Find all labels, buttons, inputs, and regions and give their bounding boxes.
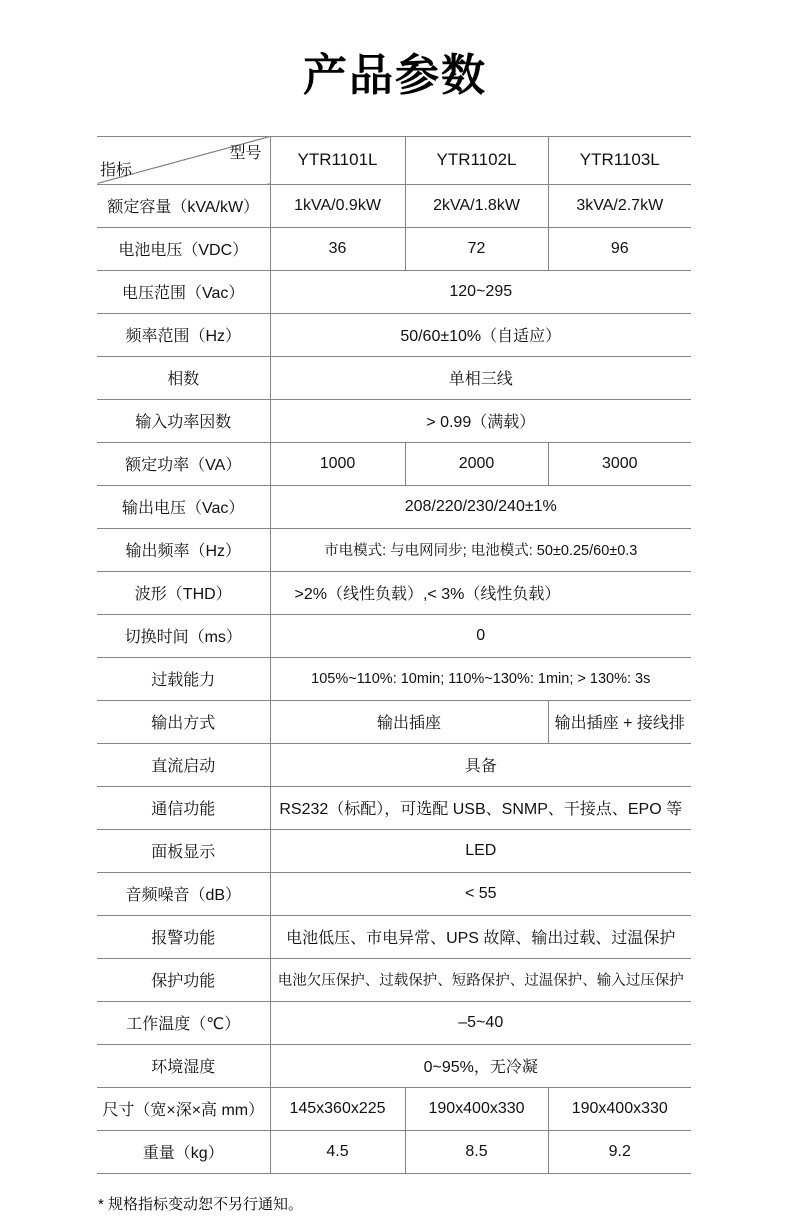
row-label: 输入功率因数 [97, 399, 270, 442]
table-row: 波形（THD） >2%（线性负载）,< 3%（线性负载） [97, 571, 691, 614]
row-label: 额定功率（VA） [97, 442, 270, 485]
table-row: 相数 单相三线 [97, 356, 691, 399]
spec-value: LED [270, 829, 691, 872]
spec-value: 具备 [270, 743, 691, 786]
spec-value: 0~95%，无冷凝 [270, 1044, 691, 1087]
row-label: 音频噪音（dB） [97, 872, 270, 915]
table-row: 报警功能 电池低压、市电异常、UPS 故障、输出过载、过温保护 [97, 915, 691, 958]
row-label: 面板显示 [97, 829, 270, 872]
spec-value: 105%~110%: 10min; 110%~130%: 1min; > 130… [270, 657, 691, 700]
row-label: 重量（kg） [97, 1130, 270, 1173]
table-row: 音频噪音（dB） < 55 [97, 872, 691, 915]
row-label: 切换时间（ms） [97, 614, 270, 657]
spec-value: < 55 [270, 872, 691, 915]
spec-value: 50/60±10%（自适应） [270, 313, 691, 356]
row-label: 相数 [97, 356, 270, 399]
spec-value: 120~295 [270, 270, 691, 313]
table-row: 重量（kg） 4.5 8.5 9.2 [97, 1130, 691, 1173]
spec-value: 电池低压、市电异常、UPS 故障、输出过载、过温保护 [270, 915, 691, 958]
row-label: 电池电压（VDC） [97, 227, 270, 270]
column-header-model: YTR1101L [270, 136, 405, 184]
spec-footnote: * 规格指标变动恕不另行通知。 [98, 1193, 790, 1214]
row-label: 环境湿度 [97, 1044, 270, 1087]
table-row: 直流启动 具备 [97, 743, 691, 786]
spec-value: –5~40 [270, 1001, 691, 1044]
table-row: 环境湿度 0~95%，无冷凝 [97, 1044, 691, 1087]
page-title: 产品参数 [0, 50, 790, 103]
column-header-model: YTR1102L [405, 136, 548, 184]
spec-value: 190x400x330 [405, 1087, 548, 1130]
spec-value: 190x400x330 [548, 1087, 691, 1130]
spec-value: 36 [270, 227, 405, 270]
spec-value: 市电模式: 与电网同步; 电池模式: 50±0.25/60±0.3 [270, 528, 691, 571]
table-row: 额定容量（kVA/kW） 1kVA/0.9kW 2kVA/1.8kW 3kVA/… [97, 184, 691, 227]
spec-value: 1000 [270, 442, 405, 485]
spec-value: 输出插座 + 接线排 [548, 700, 691, 743]
table-row: 输入功率因数 > 0.99（满载） [97, 399, 691, 442]
row-label: 报警功能 [97, 915, 270, 958]
spec-value: 8.5 [405, 1130, 548, 1173]
table-row: 保护功能 电池欠压保护、过载保护、短路保护、过温保护、输入过压保护 [97, 958, 691, 1001]
row-label: 保护功能 [97, 958, 270, 1001]
spec-value: 3kVA/2.7kW [548, 184, 691, 227]
spec-value: 72 [405, 227, 548, 270]
table-row: 过载能力 105%~110%: 10min; 110%~130%: 1min; … [97, 657, 691, 700]
table-row: 工作温度（℃） –5~40 [97, 1001, 691, 1044]
spec-value: 145x360x225 [270, 1087, 405, 1130]
row-label: 直流启动 [97, 743, 270, 786]
product-spec-table: 型号 指标 YTR1101L YTR1102L YTR1103L 额定容量（kV… [97, 136, 691, 1174]
row-label: 工作温度（℃） [97, 1001, 270, 1044]
spec-value: 输出插座 [270, 700, 548, 743]
spec-value: 3000 [548, 442, 691, 485]
corner-cell: 型号 指标 [97, 136, 270, 184]
spec-value: 0 [270, 614, 691, 657]
row-label: 电压范围（Vac） [97, 270, 270, 313]
table-row: 频率范围（Hz） 50/60±10%（自适应） [97, 313, 691, 356]
corner-model-label: 型号 [229, 140, 261, 163]
table-row: 输出频率（Hz） 市电模式: 与电网同步; 电池模式: 50±0.25/60±0… [97, 528, 691, 571]
table-row: 尺寸（宽×深×高 mm） 145x360x225 190x400x330 190… [97, 1087, 691, 1130]
row-label: 过载能力 [97, 657, 270, 700]
row-label: 频率范围（Hz） [97, 313, 270, 356]
spec-value: 2000 [405, 442, 548, 485]
row-label: 尺寸（宽×深×高 mm） [97, 1087, 270, 1130]
row-label: 波形（THD） [97, 571, 270, 614]
row-label: 输出电压（Vac） [97, 485, 270, 528]
row-label: 输出方式 [97, 700, 270, 743]
table-header-row: 型号 指标 YTR1101L YTR1102L YTR1103L [97, 136, 691, 184]
table-row: 输出电压（Vac） 208/220/230/240±1% [97, 485, 691, 528]
spec-value: RS232（标配），可选配 USB、SNMP、干接点、EPO 等 [270, 786, 691, 829]
spec-value: > 0.99（满载） [270, 399, 691, 442]
table-row: 通信功能 RS232（标配），可选配 USB、SNMP、干接点、EPO 等 [97, 786, 691, 829]
row-label: 输出频率（Hz） [97, 528, 270, 571]
table-row: 额定功率（VA） 1000 2000 3000 [97, 442, 691, 485]
spec-value: 1kVA/0.9kW [270, 184, 405, 227]
spec-value: 2kVA/1.8kW [405, 184, 548, 227]
spec-value: 4.5 [270, 1130, 405, 1173]
corner-indicator-label: 指标 [100, 157, 132, 180]
spec-value: >2%（线性负载）,< 3%（线性负载） [270, 571, 691, 614]
table-row: 切换时间（ms） 0 [97, 614, 691, 657]
spec-value: 96 [548, 227, 691, 270]
table-row: 电池电压（VDC） 36 72 96 [97, 227, 691, 270]
table-row: 电压范围（Vac） 120~295 [97, 270, 691, 313]
column-header-model: YTR1103L [548, 136, 691, 184]
table-row: 面板显示 LED [97, 829, 691, 872]
row-label: 通信功能 [97, 786, 270, 829]
row-label: 额定容量（kVA/kW） [97, 184, 270, 227]
spec-value: 9.2 [548, 1130, 691, 1173]
table-row: 输出方式 输出插座 输出插座 + 接线排 [97, 700, 691, 743]
spec-value: 单相三线 [270, 356, 691, 399]
spec-value: 208/220/230/240±1% [270, 485, 691, 528]
spec-value: 电池欠压保护、过载保护、短路保护、过温保护、输入过压保护 [270, 958, 691, 1001]
